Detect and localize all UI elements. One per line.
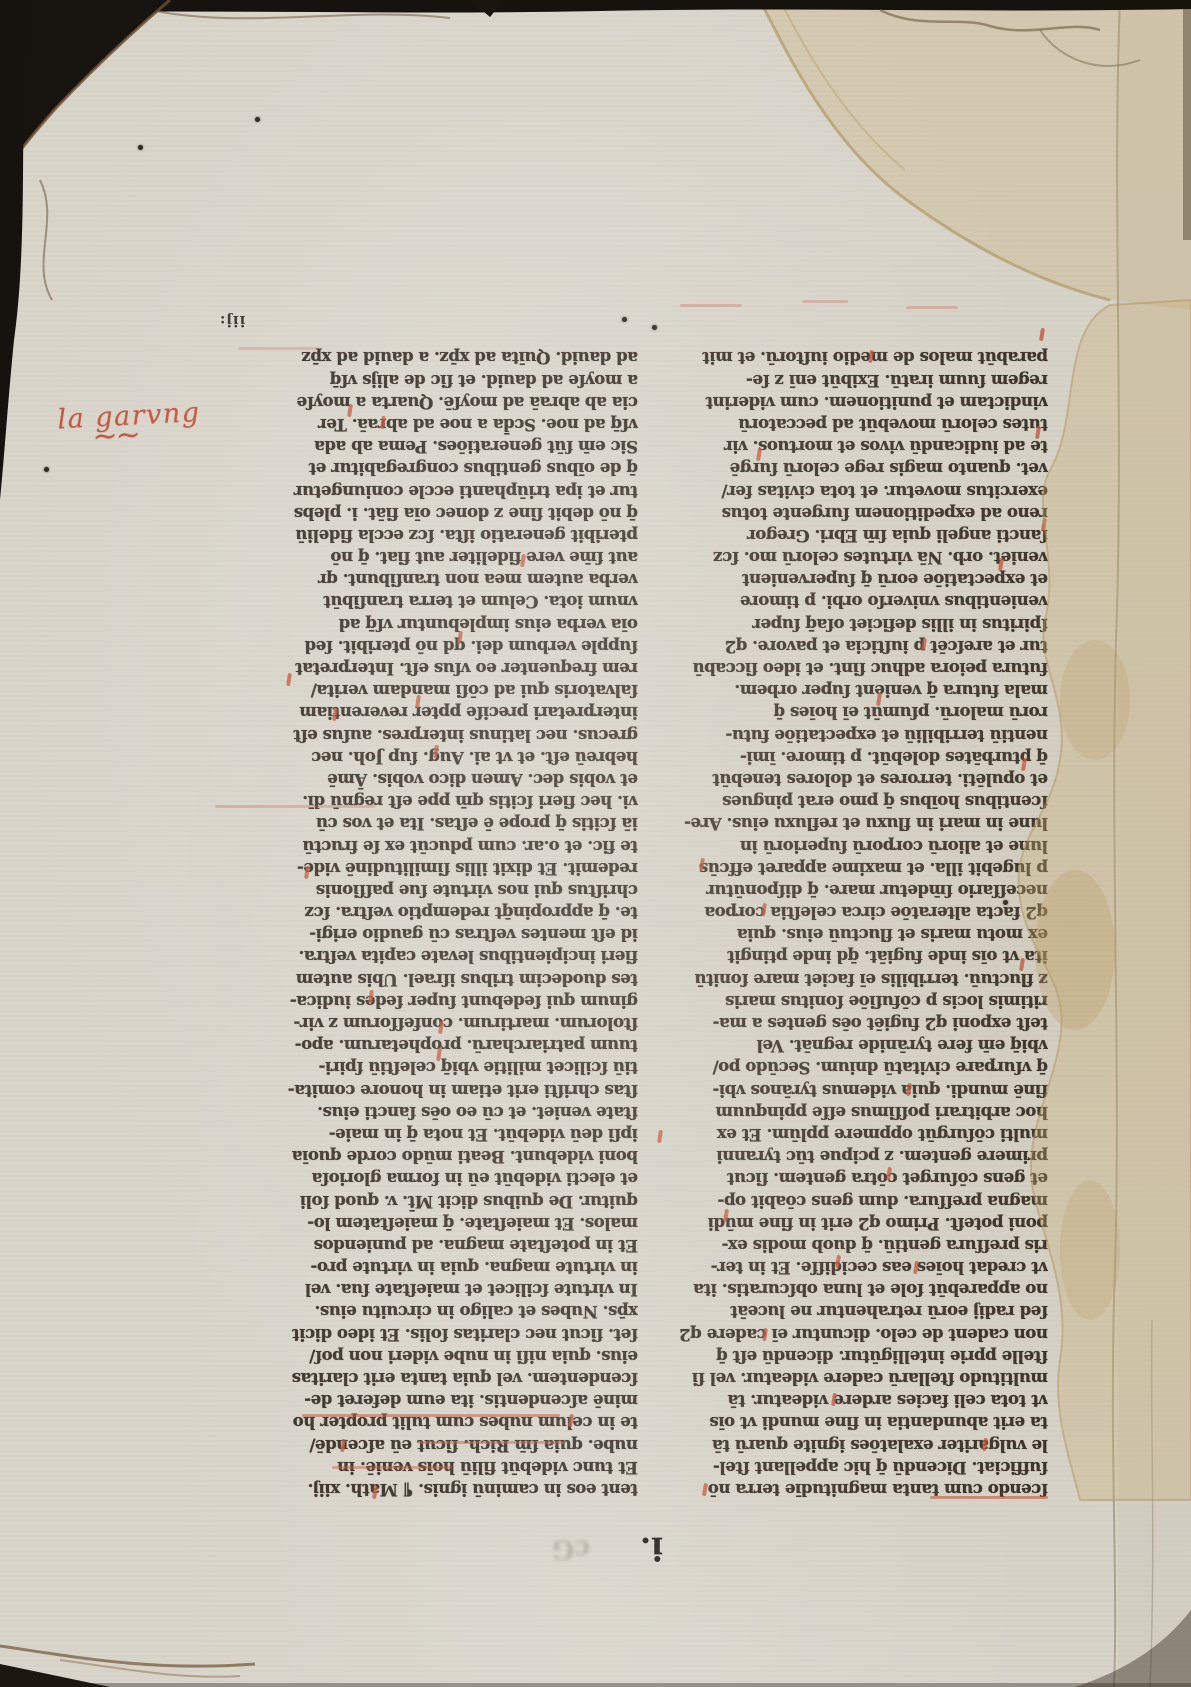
text-line: tutes celorū movebūt ad peccatorū [655, 413, 1048, 435]
text-line: teſt exponi q2 fugiēt oēs gentes a ma- [655, 1012, 1048, 1034]
rubric-stroke [1039, 328, 1045, 341]
text-line: p lugebit illa. et maxime apparet effcūs [655, 857, 1048, 879]
scan-bed-top-strip [0, 0, 1191, 13]
wormhole [1003, 900, 1008, 905]
text-line: hoc arbitrari poſſimus eſſe ppinquum [655, 1101, 1048, 1123]
wormhole [652, 325, 657, 330]
rubric-underline [680, 304, 742, 307]
text-line: mala futura q̄ venient ſuper orbem. [655, 679, 1048, 701]
text-line: ita vt oīs inde fugiāt. q̄d inde ptingit [655, 945, 1048, 967]
text-line: eius. quia niſi in nube videri non poſ/ [230, 1345, 638, 1367]
text-line: finē mundi. quia videmus tyrānos vbi- [655, 1078, 1048, 1100]
text-line: ſpiritus in illis deficiet oſaq̄ ſuper [655, 613, 1048, 635]
text-line: multi cōſurgūt oppmere pplūm. Et ex [655, 1123, 1048, 1145]
text-line: multitudo ſtellarū cadere videatur. vel … [655, 1367, 1048, 1389]
text-line: vbiq̄ em̄ fere tyrānide regnāt. Vel [655, 1034, 1048, 1056]
text-line: nentiū terribiliū et expectatiōe futu- [655, 723, 1048, 745]
text-line: ſalvatoris qui ad cōſi mandam verita/ [230, 679, 638, 701]
crease-line [1150, 1320, 1153, 1687]
text-line: parabūt malos de medio iuſtorū. et mit [655, 346, 1048, 368]
text-line: In virtute ſcilicet et maieſtate ſua. ve… [230, 1278, 638, 1300]
text-line: et gens cōſurget cōtra gentem. ſicut [655, 1167, 1048, 1189]
text-line: in virtute magna. quia in virtute pro- [230, 1256, 638, 1278]
text-line: non cadent de celo. dicuntur eī cadere q… [655, 1323, 1048, 1345]
text-line: aut ſm̄e vere fideliter aut fiat. q̄ nō [230, 546, 638, 568]
text-line: boni videbunt. Beati mūdo corde quoīa [230, 1145, 638, 1167]
text-line: vt credat hoīes eas cecidiſſe. Et in ter… [655, 1256, 1048, 1278]
top-edge-nick [470, 0, 504, 17]
text-line: oīa verba eius implebuntur vſq̄ ad [230, 613, 638, 635]
text-line: q̄ nō debit ſine z donec oīa fiāt. i. pl… [230, 502, 638, 524]
folio-number: iij: [219, 312, 245, 330]
text-line: ſet. ſicut nec claritas ſolis. Et ideo d… [230, 1323, 638, 1345]
text-line: futura peiora adhuc ſint. et ideo ſiccab… [655, 657, 1048, 679]
text-line: ginum qui ſedebunt ſuper ſedes iudica- [230, 990, 638, 1012]
corner-shadow-bottom-right [1075, 1610, 1191, 1687]
text-line: grecus. nec latinus interpres. auſus eſt [230, 723, 638, 745]
rubric-underline [238, 347, 318, 350]
text-line: et electi videbūt eū in forma glorioſa [230, 1167, 638, 1189]
text-line: et opulēti. terrores et dolores tenebūt [655, 768, 1048, 790]
text-line: veniet. orb. Nā virtutes celorū mo. ſcz [655, 546, 1048, 568]
corner-tear-filament [40, 180, 52, 300]
rubric-underline [215, 805, 375, 808]
text-line: vt tota celi facies ardere videatur. tā [655, 1389, 1048, 1411]
text-line: ſupple verbum dei. qd nō pteribit. ſed [230, 635, 638, 657]
rubric-underline [418, 1441, 566, 1444]
gutter-shadow-left [0, 0, 26, 500]
text-line: ſufficiat. Dicendū q̄ hic appellant ſtel… [655, 1456, 1048, 1478]
text-line: ſtas chriſti erit etiam in honore comita… [230, 1078, 638, 1100]
wormhole [255, 117, 260, 122]
text-column-right: ſcendo cum tanta magnitudīe terra nōſuff… [655, 345, 1048, 1500]
torn-corner-bottom-left [0, 1664, 110, 1687]
bottom-tear-filament [60, 1660, 240, 1677]
top-tear-filament [1040, 30, 1140, 66]
text-line: Et in poteſtate magna. ad puniendos [230, 1234, 638, 1256]
text-line: ris preſſura gentiū. q̄ duob modis ex- [655, 1234, 1048, 1256]
text-line: Sic em̄ ſūt generatiōes. Pema ab ada [230, 435, 638, 457]
signature-mark: i. [640, 1530, 663, 1568]
rubric-underline [332, 1466, 452, 1469]
text-line: ſcentibus hoībus q̄ pmo erat pingues [655, 790, 1048, 812]
text-line: verba autem mea non tranſibunt. qr [230, 568, 638, 590]
ink-show-through-mark: cG [552, 1534, 590, 1564]
text-line: vi. hec fieri ſcitis qm̄ ppe eſt regnū d… [230, 790, 638, 812]
text-line: a moyſe ad dauid. et ſic de alijs vſq̄ [230, 368, 638, 390]
text-line: fieri incipientibus levate capita veſtra… [230, 945, 638, 967]
text-line: ſtelle pprie intelligūtur. dicendū eſt q… [655, 1345, 1048, 1367]
text-line: vnum iota. Celum et terra tranſibūt [230, 590, 638, 612]
text-line: rorū malorū. pſumūt eī hoīes q̄ [655, 701, 1048, 723]
text-line: q̄ vſurpare civitatū dnium. Secūdo po/ [655, 1056, 1048, 1078]
text-line: te ad iudicandū vivos et mortuos. vir [655, 435, 1048, 457]
torn-corner-edge [0, 0, 170, 178]
text-line: q̄ de oībus gentibus congregabitur et [230, 457, 638, 479]
wormhole [44, 467, 49, 472]
scan-bed-right-sliver [1183, 0, 1191, 240]
text-line: cia ab abraā ad moyſē. Quarta a moyſe [230, 391, 638, 413]
text-line: quitur. De quibus dicit Mt̄. v. quod ſol… [230, 1189, 638, 1211]
text-line: tur et ipa triūphanti eccle coniungetur [230, 479, 638, 501]
text-line: no apparebūt ſole et luna obſcuratis. it… [655, 1278, 1048, 1300]
text-line: chriſtus qui nos virtute ſue paſſionis [230, 879, 638, 901]
text-line: ritimis locis p cōfuſiōe ſonitus maris [655, 990, 1048, 1012]
text-line: tes duodecim tribus iſrael. Ubis autem [230, 968, 638, 990]
rubric-underline [802, 300, 848, 303]
scanned-book-page: iij: la garvng ~~ tent eos in caminū ign… [0, 0, 1191, 1687]
text-line: vſq̄ ad noe. Scd̄a a noe ad abraā. Ter [230, 413, 638, 435]
text-line: vindictam et punitionem. cum viderint [655, 391, 1048, 413]
rubric-underline [302, 1414, 560, 1417]
text-line: interpretari preciſe ppter reverentiam [230, 701, 638, 723]
text-line: tuum patriarcharū. prophetarum. apo- [230, 1034, 638, 1056]
text-line: z fluctuū. terribilis eī faciet mare ſon… [655, 968, 1048, 990]
text-line: tur et areſcēt p iuſticia et pavore. q2 [655, 635, 1048, 657]
marginal-note-handwritten: la garvng ~~ [57, 396, 229, 457]
top-tear-filament [880, 10, 1100, 30]
text-line: ta erit abundantia in fine mundi vt oīs [655, 1411, 1048, 1433]
text-line: ex motu maris et fluctuū eius. quia [655, 923, 1048, 945]
text-line: pteribit generatio iſta. ſcz eccla fidel… [230, 524, 638, 546]
text-line: ſcendentem. vel quia tanta erit claritas [230, 1367, 638, 1389]
text-line: tent eos in caminū ignis. ¶ Math. xiij. [230, 1478, 638, 1500]
text-line: ſtate veniet. et cū eo oēs ſancti eius. [230, 1101, 638, 1123]
text-line: minē aſcendentis. ita eum deferet de- [230, 1389, 638, 1411]
text-line: regem ſuum iratū. Exibūt enī z ſe- [655, 368, 1048, 390]
text-line: xp̄s. Nubes et caligo in circuitu eius. [230, 1300, 638, 1322]
fore-edge-band [1118, 0, 1191, 1687]
stain-tide-line [760, 0, 1110, 300]
text-line: nube. quia ſm̄ Rich. ſicut eū aſcendē/ [230, 1433, 638, 1455]
text-line: vet. quanto magis rege celorū ſurgē [655, 457, 1048, 479]
text-line: id eſt mentes veſtras cū gaudio erigi- [230, 923, 638, 945]
text-line: poni poteſt. Primo q2 erit in fine mūdi [655, 1212, 1048, 1234]
rubric-underline [906, 306, 958, 309]
water-stain-top-right [760, 0, 1191, 310]
stain-blob [1060, 1180, 1120, 1320]
text-line: te fic. et o.ar. cum pducūt ex ſe fructū [230, 834, 638, 856]
text-column-left: tent eos in caminū ignis. ¶ Math. xiij.E… [230, 345, 638, 1500]
stain-tide-line-inner [780, 0, 905, 170]
text-line: te. q̄ appropinq̄t redemptio veſtra. ſcz [230, 901, 638, 923]
text-line: ipſi deū videbūt. Et nota q̄ in maie- [230, 1123, 638, 1145]
text-line: lune in mari in fluxu et refluxu eius. A… [655, 812, 1048, 834]
rubric-underline [930, 1496, 1048, 1499]
text-line: le vulgariter exalatōes ignite quarū tā [655, 1433, 1048, 1455]
text-line: iā ſcitis q̄ prope ē eſtas. Ita et vos c… [230, 812, 638, 834]
torn-corner-top-left [0, 0, 170, 178]
text-line: venientibus vniverſo orbi. p timore [655, 590, 1048, 612]
text-line: q̄ pturbātes dolebūt. p timore. īmi- [655, 746, 1048, 768]
wormhole [622, 317, 627, 322]
text-line: q2 facta alteratōe circa celeſtia corpoa [655, 901, 1048, 923]
text-line: ſancti angeli quia ſm̄ Ebri. Gregor [655, 524, 1048, 546]
text-line: primere gentem. z pcipue tūc tyranni [655, 1145, 1048, 1167]
text-line: ad dauid. Quīta ad xp̄z. a dauid ad xp̄z [230, 346, 638, 368]
wormhole [138, 145, 143, 150]
text-line: reno ad expeditionem ſurgente totus [655, 502, 1048, 524]
text-line: ſed radij eorū retrahentur ne luceāt [655, 1300, 1048, 1322]
text-line: lune et aliorū corporū ſuperiorū in [655, 834, 1048, 856]
text-line: neceſſario ſm̄detur mare. q̄ diſponūtur [655, 879, 1048, 901]
stain-blob [1060, 640, 1130, 760]
text-line: et expectatiōe eorū q̄ ſupervenient [655, 568, 1048, 590]
scan-bed-bottom-strip [0, 1683, 1191, 1687]
bottom-tear-filament [0, 1646, 255, 1666]
text-line: tiū ſcilicet militie vbiq̄ celeſtiū ſpir… [230, 1056, 638, 1078]
text-line: malos. Et maieſtate. q̄ maieſtatem lo- [230, 1212, 638, 1234]
text-line: et vobis dec. Amen dico vobis. Āmē [230, 768, 638, 790]
text-line: exercitus movetur. et tota civitas fer/ [655, 479, 1048, 501]
top-tear-filament [150, 10, 450, 18]
text-line: redemit. Et dixit illis ſimilitudinē vid… [230, 857, 638, 879]
leaf-edge-line [1113, 0, 1120, 1687]
text-line: ſtolorum. martirum. confeſſorum z vir- [230, 1012, 638, 1034]
text-line: magna preſſura. dum gens cōabit op- [655, 1189, 1048, 1211]
